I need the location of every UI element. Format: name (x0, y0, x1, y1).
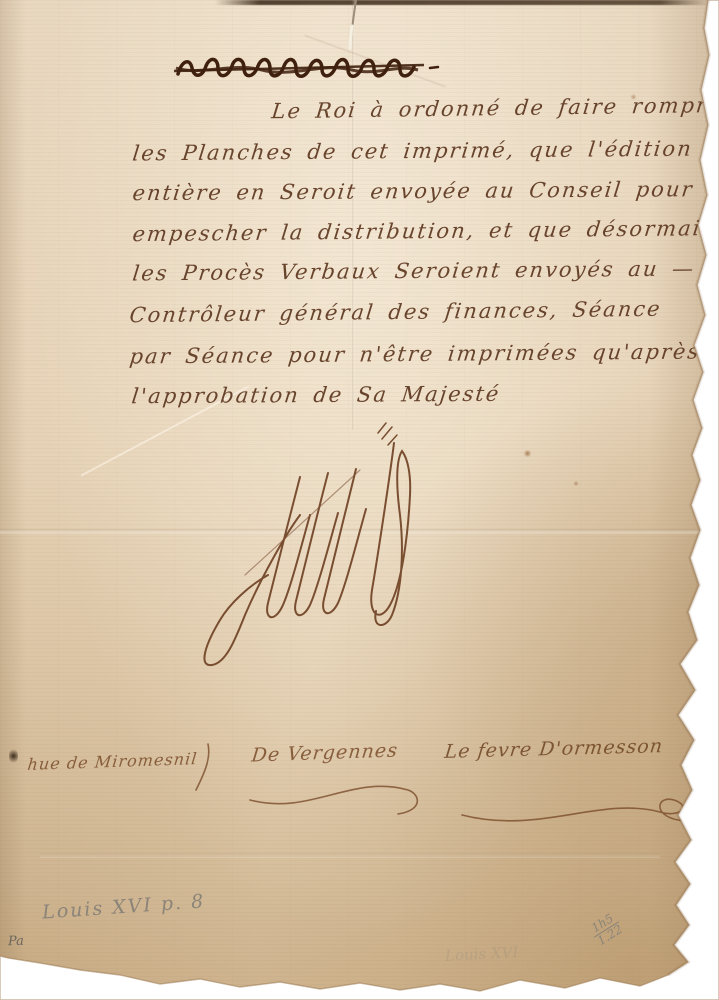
scanned-document: Le Roi à ordonné de faire rompre ) les P… (0, 0, 719, 1000)
torn-paper-edge (0, 0, 719, 1000)
